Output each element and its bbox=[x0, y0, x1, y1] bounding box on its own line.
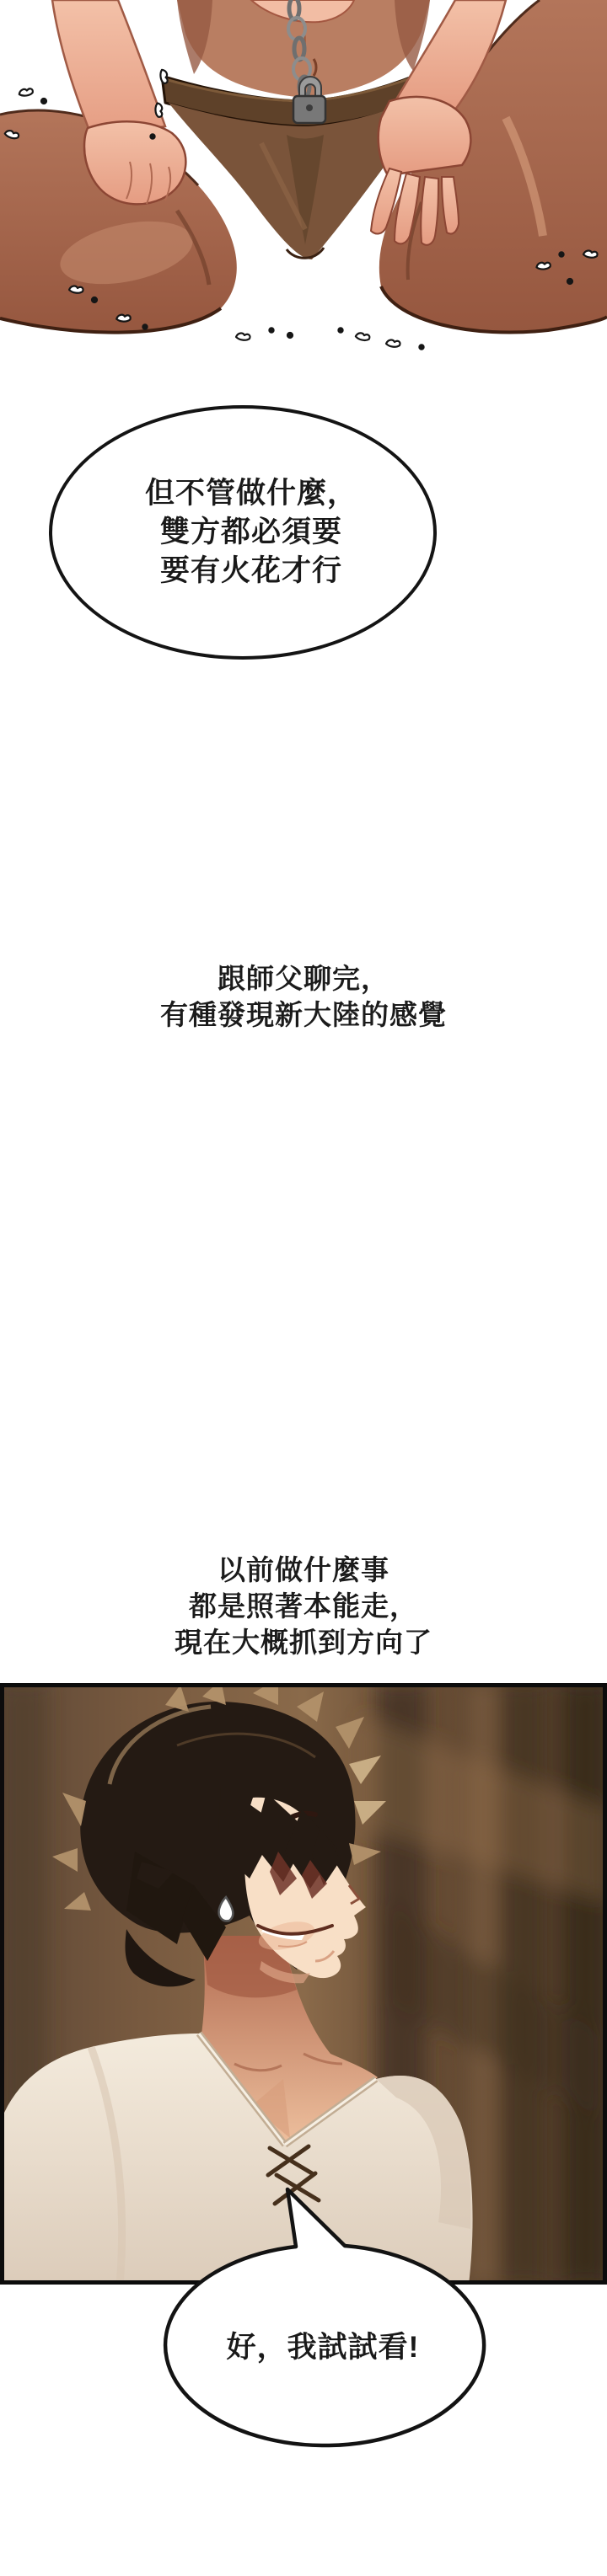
speech-line: 但不管做什麼， bbox=[145, 474, 357, 513]
webtoon-page: { "page": { "kind": "vertical webtoon co… bbox=[0, 0, 607, 2576]
speech-line: 要有火花才行 bbox=[145, 552, 357, 591]
narration-line: 現在大概抓到方向了 bbox=[0, 1624, 607, 1660]
narration-line: 有種發現新大陸的感覺 bbox=[0, 997, 607, 1033]
top-illustration-panel bbox=[0, 0, 607, 352]
top-illustration bbox=[0, 0, 607, 352]
speech-bubble-1: 但不管做什麼， 雙方都必須要 要有火花才行 bbox=[49, 405, 437, 660]
narration-line: 都是照著本能走， bbox=[0, 1588, 607, 1624]
narration-line: 以前做什麼事 bbox=[0, 1552, 607, 1588]
narration-line: 跟師父聊完， bbox=[0, 960, 607, 997]
speech-line: 雙方都必須要 bbox=[145, 513, 357, 552]
narration-block-2: 以前做什麼事 都是照著本能走， 現在大概抓到方向了 bbox=[0, 1552, 607, 1660]
speech-line: 好，我試試看! bbox=[227, 2324, 420, 2366]
speech-bubble-1-text: 但不管做什麼， 雙方都必須要 要有火花才行 bbox=[128, 474, 357, 591]
narration-block-1: 跟師父聊完， 有種發現新大陸的感覺 bbox=[0, 960, 607, 1033]
speech-bubble-2-text: 好，我試試看! bbox=[160, 2244, 486, 2446]
